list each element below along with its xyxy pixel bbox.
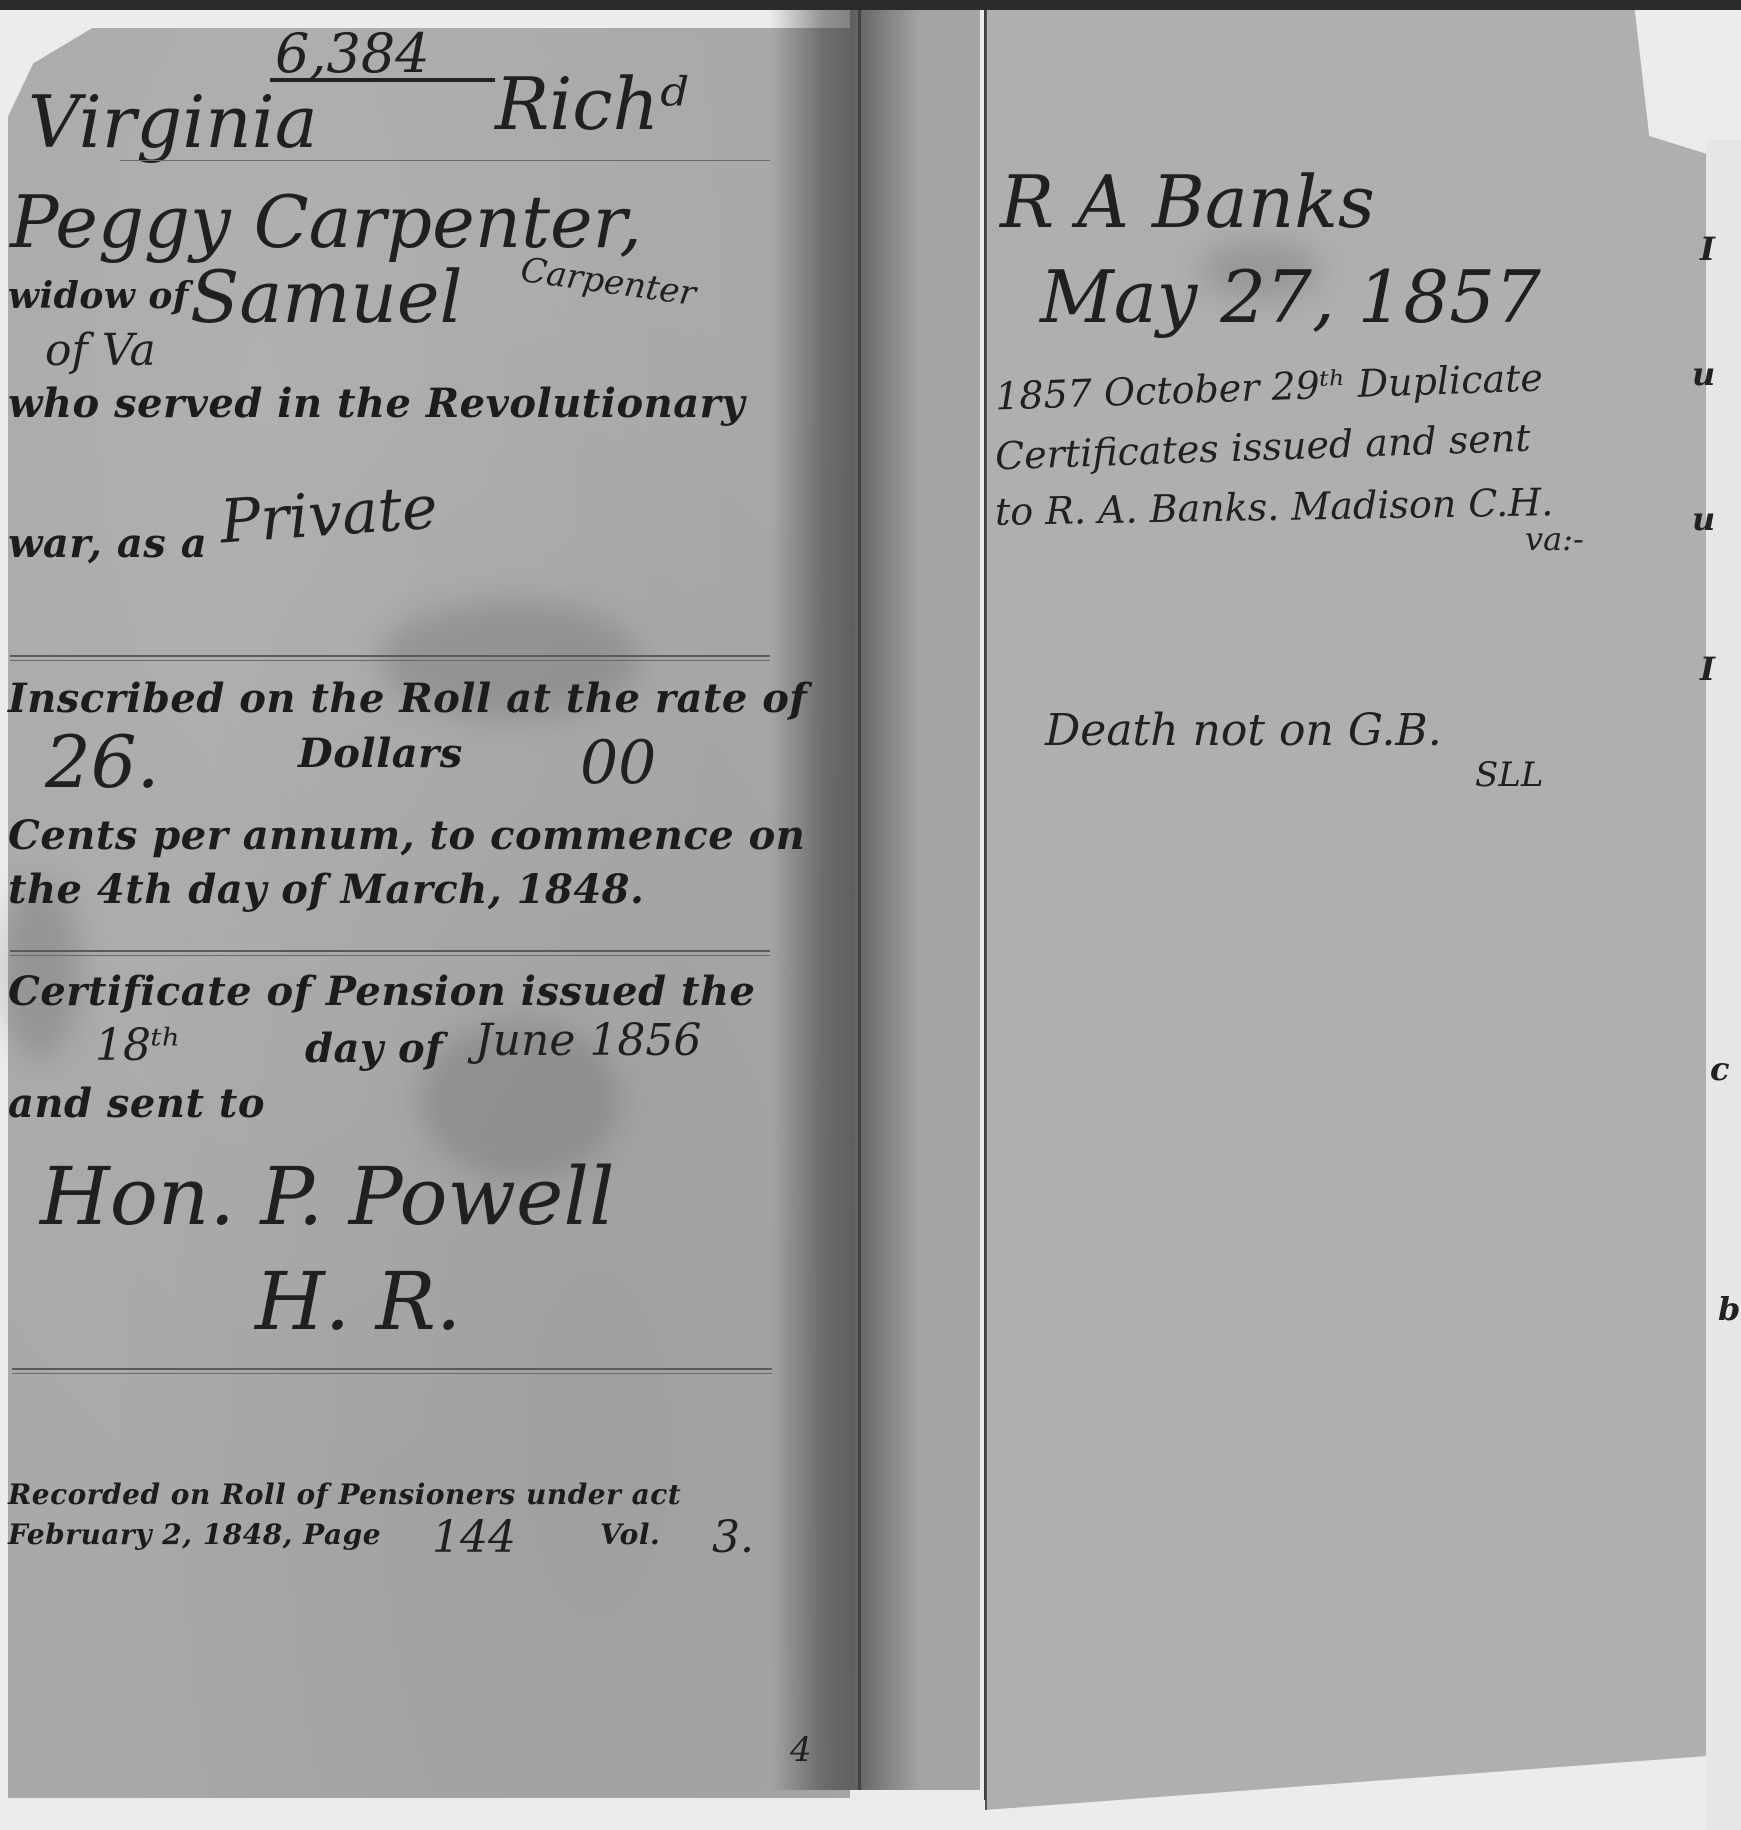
vol-label: Vol. [600,1518,660,1551]
agent-date: May 27, 1857 [1040,255,1541,339]
agency-name: Richᵈ [495,62,688,146]
served-line: who served in the Revolutionary [8,380,745,427]
commence-line: the 4th day of March, 1848. [8,866,644,913]
section-divider [10,950,770,956]
fold-crease [858,10,861,1790]
cents-line: Cents per annum, to commence on [8,812,805,859]
certificate-line: Certificate of Pension issued the [8,968,755,1015]
section-divider [10,655,770,661]
issued-month-year: June 1856 [475,1015,701,1066]
margin-fragment: I [1700,230,1715,268]
state-abbrev: of Va [45,325,156,376]
dollars-amount: 26. [45,720,160,804]
scan-background-edge [1706,140,1741,1830]
soldier-name: Samuel [190,255,463,339]
document-scan: 6,384 Virginia Richᵈ Peggy Carpenter, wi… [0,0,1741,1830]
agent-name: R A Banks [1000,160,1375,244]
margin-fragment: b [1718,1290,1740,1328]
pensioner-name: Peggy Carpenter, [10,180,642,264]
margin-fragment: u [1692,500,1715,538]
section-divider [12,1368,772,1374]
margin-fragment: I [1700,650,1715,688]
margin-fragment: c [1710,1050,1729,1088]
form-rule [120,160,770,161]
scanner-edge [0,0,1741,10]
dollars-label: Dollars [298,730,463,777]
issued-day: 18ᵗʰ [95,1020,181,1071]
fold-mark: 4 [790,1730,812,1770]
page-number: 144 [432,1512,516,1563]
sent-to-label: and sent to [8,1080,265,1127]
war-as-label: war, as a [8,520,207,567]
inscribed-line: Inscribed on the Roll at the rate of [8,675,807,722]
widow-of-label: widow of [8,275,189,317]
cents-amount: 00 [580,728,656,798]
margin-fragment: u [1692,355,1715,393]
volume-number: 3. [712,1512,754,1563]
sent-to-title: H. R. [255,1255,461,1348]
death-note-initials: SLL [1475,755,1543,795]
certificate-number: 6,384 [275,22,430,85]
duplicate-note-line-4: va:- [1525,520,1584,558]
fold-shadow [770,10,920,1790]
page-edge [984,10,986,1800]
day-of-label: day of [305,1025,443,1072]
sent-to-name: Hon. P. Powell [40,1150,615,1243]
death-note: Death not on G.B. [1045,705,1442,756]
act-date-label: February 2, 1848, Page [8,1518,381,1551]
state-name: Virginia [28,80,318,164]
recorded-line: Recorded on Roll of Pensioners under act [8,1478,681,1511]
